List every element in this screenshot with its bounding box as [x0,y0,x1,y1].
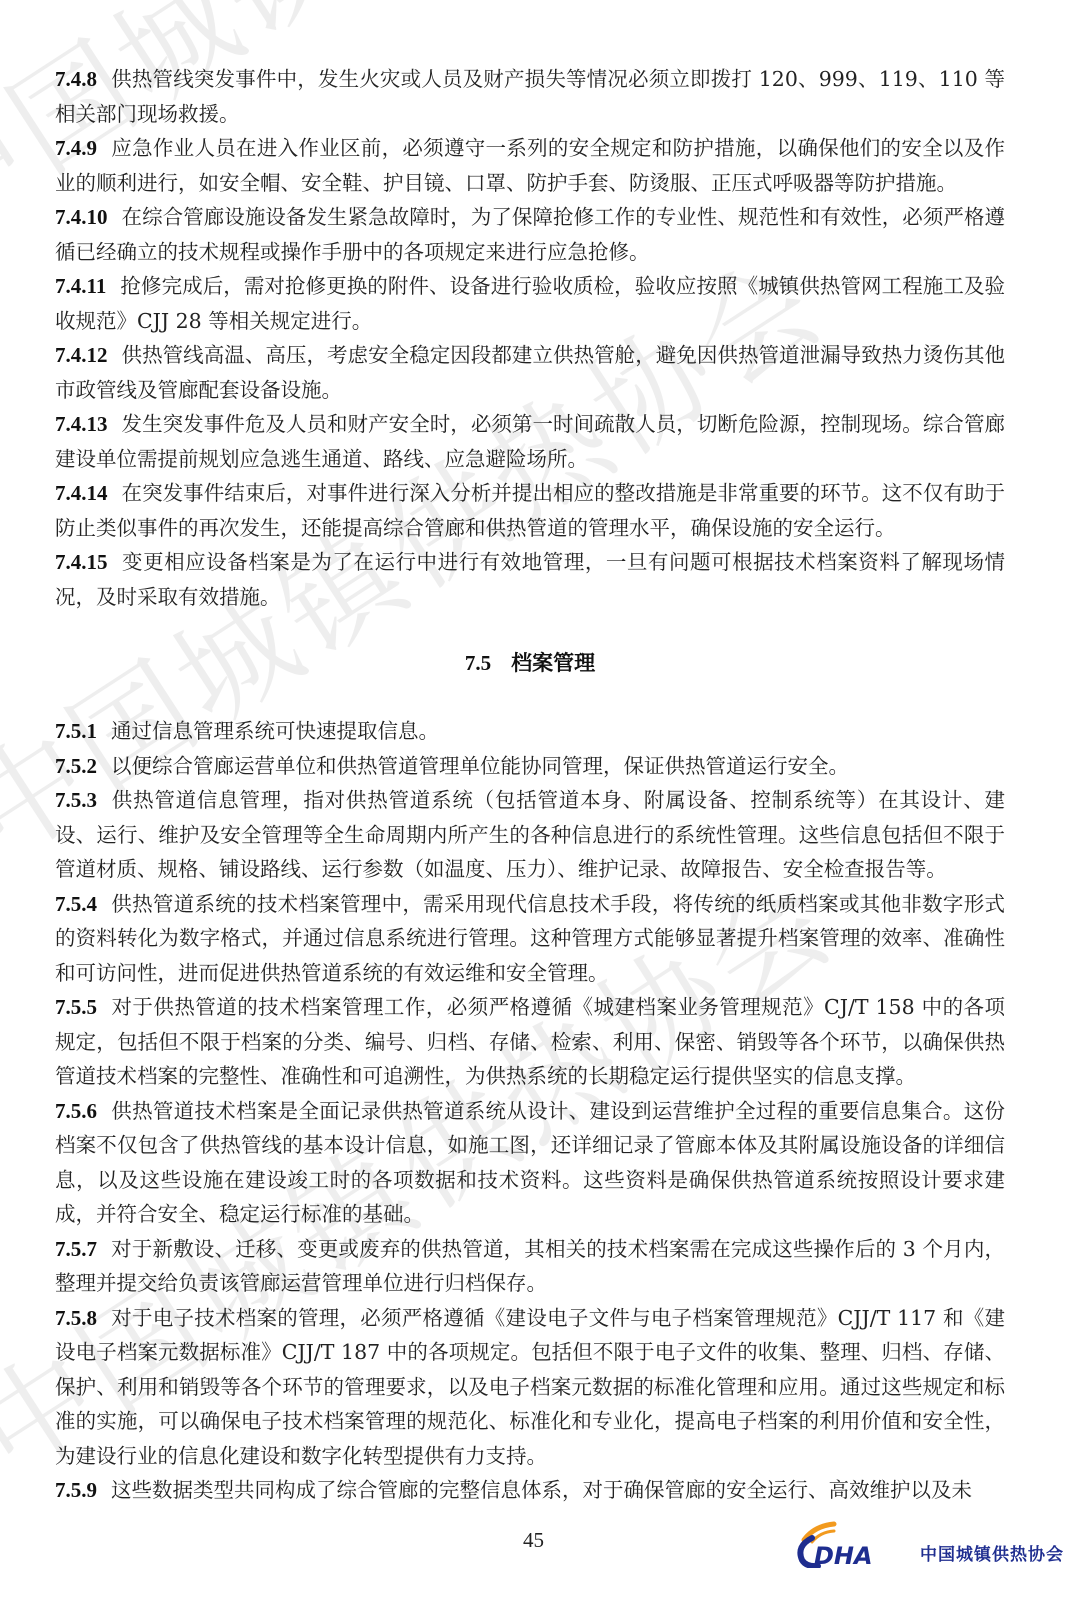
clause-text: 在突发事件结束后，对事件进行深入分析并提出相应的整改措施是非常重要的环节。这不仅… [55,481,1005,540]
page-number: 45 [523,1528,544,1553]
page-footer: 45 DHA 中国城镇供热协会 [0,1516,1080,1576]
clause-text: 对于供热管道的技术档案管理工作，必须严格遵循《城建档案业务管理规范》CJ/T 1… [55,995,1005,1088]
clause-text: 以便综合管廊运营单位和供热管道管理单位能协同管理，保证供热管道运行安全。 [111,754,849,778]
clause-7-5-2: 7.5.2以便综合管廊运营单位和供热管道管理单位能协同管理，保证供热管道运行安全… [55,749,1005,784]
cdha-logo: DHA 中国城镇供热协会 [790,1520,1064,1568]
clause-number: 7.5.7 [55,1237,97,1261]
section-number: 7.5 [465,651,491,675]
clause-text: 通过信息管理系统可快速提取信息。 [111,719,439,743]
cdha-logo-text: 中国城镇供热协会 [920,1540,1064,1565]
svg-text:DHA: DHA [814,1542,873,1568]
clause-number: 7.5.1 [55,719,97,743]
clause-number: 7.5.8 [55,1306,97,1330]
clause-7-4-8: 7.4.8供热管线突发事件中，发生火灾或人员及财产损失等情况必须立即拨打 120… [55,62,1005,131]
clause-7-4-9: 7.4.9应急作业人员在进入作业区前，必须遵守一系列的安全规定和防护措施，以确保… [55,131,1005,200]
clause-number: 7.4.12 [55,343,108,367]
section-title-text: 档案管理 [511,650,595,675]
clause-text: 发生突发事件危及人员和财产安全时，必须第一时间疏散人员，切断危险源，控制现场。综… [55,412,1005,471]
clause-7-5-6: 7.5.6供热管道技术档案是全面记录供热管道系统从设计、建设到运营维护全过程的重… [55,1094,1005,1232]
clause-number: 7.4.14 [55,481,108,505]
clause-7-5-7: 7.5.7对于新敷设、迁移、变更或废弃的供热管道，其相关的技术档案需在完成这些操… [55,1232,1005,1301]
clause-number: 7.5.6 [55,1099,97,1123]
clause-text: 供热管道技术档案是全面记录供热管道系统从设计、建设到运营维护全过程的重要信息集合… [55,1099,1005,1227]
clause-group-7-5: 7.5.1通过信息管理系统可快速提取信息。 7.5.2以便综合管廊运营单位和供热… [55,714,1005,1508]
clause-7-5-9: 7.5.9这些数据类型共同构成了综合管廊的完整信息体系，对于确保管廊的安全运行、… [55,1473,1005,1508]
clause-number: 7.5.4 [55,892,97,916]
clause-text: 抢修完成后，需对抢修更换的附件、设备进行验收质检，验收应按照《城镇供热管网工程施… [55,274,1005,333]
clause-text: 对于新敷设、迁移、变更或废弃的供热管道，其相关的技术档案需在完成这些操作后的 3… [55,1237,1005,1296]
clause-number: 7.4.13 [55,412,108,436]
clause-number: 7.4.15 [55,550,108,574]
clause-7-5-4: 7.5.4供热管道系统的技术档案管理中，需采用现代信息技术手段，将传统的纸质档案… [55,887,1005,991]
clause-number: 7.5.9 [55,1478,97,1502]
clause-text: 变更相应设备档案是为了在运行中进行有效地管理，一旦有问题可根据技术档案资料了解现… [55,550,1005,609]
clause-text: 对于电子技术档案的管理，必须严格遵循《建设电子文件与电子档案管理规范》CJJ/T… [55,1306,1005,1468]
clause-number: 7.4.10 [55,205,108,229]
clause-number: 7.4.11 [55,274,106,298]
clause-number: 7.5.3 [55,788,97,812]
clause-text: 这些数据类型共同构成了综合管廊的完整信息体系，对于确保管廊的安全运行、高效维护以… [111,1478,972,1502]
clause-text: 供热管道系统的技术档案管理中，需采用现代信息技术手段，将传统的纸质档案或其他非数… [55,892,1005,985]
clause-7-4-12: 7.4.12供热管线高温、高压，考虑安全稳定因段都建立供热管舱，避免因供热管道泄… [55,338,1005,407]
clause-7-4-13: 7.4.13发生突发事件危及人员和财产安全时，必须第一时间疏散人员，切断危险源，… [55,407,1005,476]
clause-group-7-4: 7.4.8供热管线突发事件中，发生火灾或人员及财产损失等情况必须立即拨打 120… [55,62,1005,614]
document-page: 7.4.8供热管线突发事件中，发生火灾或人员及财产损失等情况必须立即拨打 120… [55,62,1005,1508]
clause-7-4-15: 7.4.15变更相应设备档案是为了在运行中进行有效地管理，一旦有问题可根据技术档… [55,545,1005,614]
clause-text: 应急作业人员在进入作业区前，必须遵守一系列的安全规定和防护措施，以确保他们的安全… [55,136,1005,195]
clause-number: 7.4.8 [55,67,97,91]
clause-number: 7.4.9 [55,136,97,160]
cdha-logo-icon: DHA [790,1520,910,1568]
clause-text: 供热管线高温、高压，考虑安全稳定因段都建立供热管舱，避免因供热管道泄漏导致热力烫… [55,343,1005,402]
clause-7-5-3: 7.5.3供热管道信息管理，指对供热管道系统（包括管道本身、附属设备、控制系统等… [55,783,1005,887]
clause-number: 7.5.5 [55,995,97,1019]
clause-7-4-11: 7.4.11抢修完成后，需对抢修更换的附件、设备进行验收质检，验收应按照《城镇供… [55,269,1005,338]
clause-text: 在综合管廊设施设备发生紧急故障时，为了保障抢修工作的专业性、规范性和有效性，必须… [55,205,1005,264]
clause-7-5-8: 7.5.8对于电子技术档案的管理，必须严格遵循《建设电子文件与电子档案管理规范》… [55,1301,1005,1474]
clause-text: 供热管道信息管理，指对供热管道系统（包括管道本身、附属设备、控制系统等）在其设计… [55,788,1005,881]
clause-7-5-1: 7.5.1通过信息管理系统可快速提取信息。 [55,714,1005,749]
clause-text: 供热管线突发事件中，发生火灾或人员及财产损失等情况必须立即拨打 120、999、… [55,67,1005,126]
clause-7-4-10: 7.4.10在综合管廊设施设备发生紧急故障时，为了保障抢修工作的专业性、规范性和… [55,200,1005,269]
clause-number: 7.5.2 [55,754,97,778]
clause-7-4-14: 7.4.14在突发事件结束后，对事件进行深入分析并提出相应的整改措施是非常重要的… [55,476,1005,545]
clause-7-5-5: 7.5.5对于供热管道的技术档案管理工作，必须严格遵循《城建档案业务管理规范》C… [55,990,1005,1094]
section-heading: 7.5档案管理 [55,646,1005,680]
